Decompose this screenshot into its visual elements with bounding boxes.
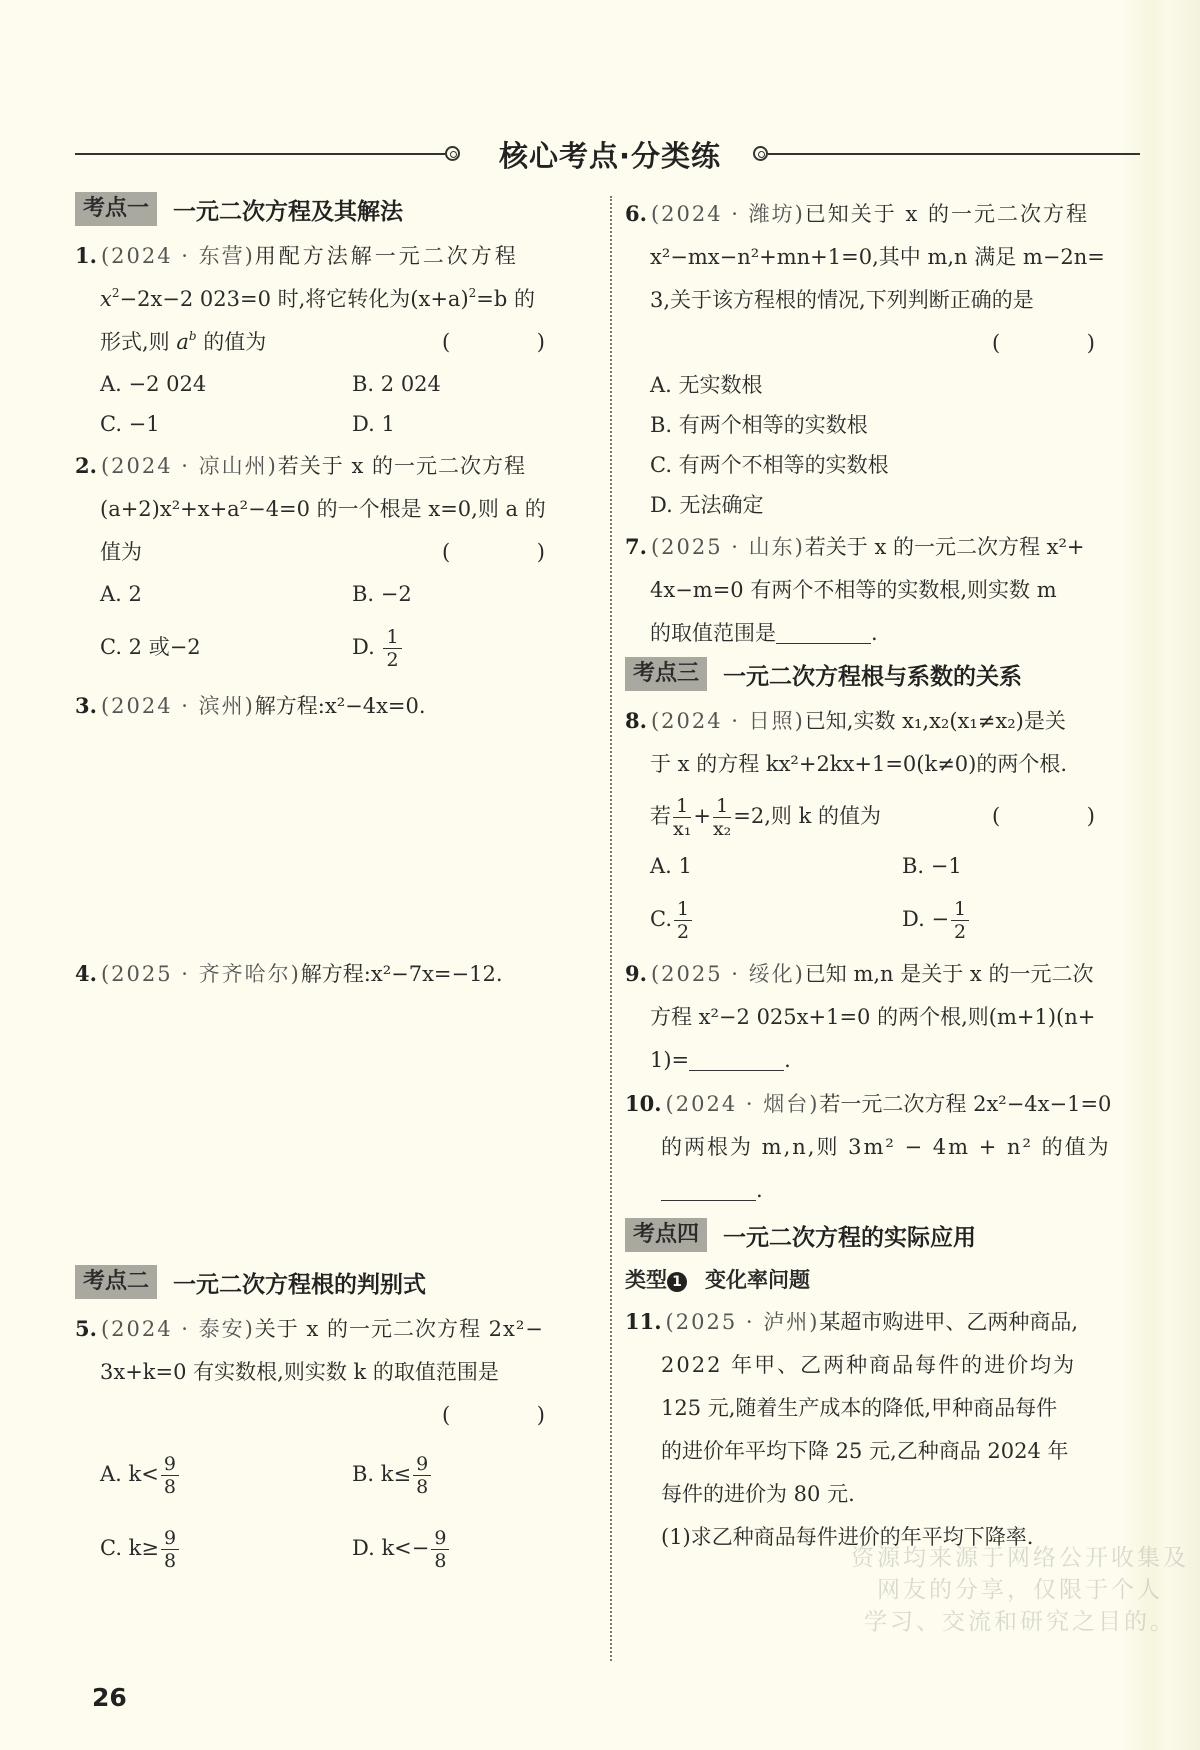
section-heading-3: 考点三 一元二次方程根与系数的关系 [625,655,1140,693]
question-source: (2025 · 齐齐哈尔) [101,962,301,986]
question-source: (2024 · 烟台) [666,1092,820,1116]
column-divider [610,196,612,1661]
question-number: 5. [75,1316,97,1341]
fraction: 12 [383,626,401,671]
question-10: 10.(2024 · 烟台)若一元二次方程 2x²−4x−1=0 的两根为 m,… [625,1082,1140,1212]
answer-space[interactable] [75,996,590,1263]
section-title: 一元二次方程根与系数的关系 [723,658,1022,691]
option-d[interactable]: D. 无法确定 [650,485,1140,525]
question-source: (2025 · 绥化) [651,962,805,986]
fraction: 98 [161,1453,179,1498]
question-1: 1.(2024 · 东营)用配方法解一元二次方程 x2−2x−2 023=0 时… [75,234,590,364]
fill-in-blank[interactable] [776,620,871,644]
option-b[interactable]: B. 2 024 [352,364,602,404]
section-header: 核心考点·分类练 [75,134,1140,174]
question-number: 4. [75,961,97,986]
option-c[interactable]: C.12 [650,886,902,952]
question-source: (2024 · 滨州) [101,694,255,718]
section-title: 一元二次方程的实际应用 [723,1219,976,1252]
header-rule-left [75,153,445,155]
option-d[interactable]: D. −12 [902,886,1152,952]
option-a[interactable]: A. 无实数根 [650,365,1140,405]
answer-bracket[interactable]: ( ) [442,531,585,574]
circled-number-icon: 1 [667,1272,687,1292]
section-badge: 考点四 [625,1218,707,1252]
options-q5: A. k<98 B. k≤98 C. k≥98 D. k<−98 [75,1441,590,1581]
question-source: (2025 · 泸州) [666,1310,820,1334]
question-source: (2024 · 凉山州) [101,454,278,478]
question-number: 9. [625,961,647,986]
section-title: 一元二次方程及其解法 [173,193,403,226]
option-a[interactable]: A. −2 024 [100,364,352,404]
question-number: 7. [625,534,647,559]
question-7: 7.(2025 · 山东)若关于 x 的一元二次方程 x²+ 4x−m=0 有两… [625,525,1140,655]
option-a[interactable]: A. 1 [650,846,902,886]
option-a[interactable]: A. 2 [100,574,352,614]
options-q6: A. 无实数根 B. 有两个相等的实数根 C. 有两个不相等的实数根 D. 无法… [625,365,1140,525]
section-badge: 考点二 [75,1265,157,1299]
options-q2: A. 2 B. −2 C. 2 或−2 D. 12 [75,574,590,680]
option-b[interactable]: B. −1 [902,846,1152,886]
section-badge: 考点三 [625,657,707,691]
fill-in-blank[interactable] [661,1177,756,1201]
question-number: 2. [75,453,97,478]
option-b[interactable]: B. 有两个相等的实数根 [650,405,1140,445]
answer-bracket[interactable]: ( ) [992,786,1135,846]
option-b[interactable]: B. k≤98 [352,1441,602,1507]
question-source: (2024 · 日照) [651,709,805,733]
answer-bracket[interactable]: ( ) [442,321,585,364]
answer-bracket[interactable]: ( ) [992,322,1135,365]
answer-space[interactable] [75,728,590,952]
fraction: 1x₁ [673,795,691,840]
option-a[interactable]: A. k<98 [100,1441,352,1507]
option-c[interactable]: C. k≥98 [100,1515,352,1581]
question-number: 6. [625,201,647,226]
options-q1: A. −2 024 B. 2 024 C. −1 D. 1 [75,364,590,444]
options-q8: A. 1 B. −1 C.12 D. −12 [625,846,1140,952]
page-title: 核心考点·分类练 [475,134,745,175]
question-6: 6.(2024 · 潍坊)已知关于 x 的一元二次方程 x²−mx−n²+mn+… [625,192,1140,365]
option-d[interactable]: D. 1 [352,404,602,444]
left-column: 考点一 一元二次方程及其解法 1.(2024 · 东营)用配方法解一元二次方程 … [75,190,590,1581]
fraction: 12 [951,898,969,943]
question-source: (2025 · 山东) [651,535,805,559]
question-5: 5.(2024 · 泰安)关于 x 的一元二次方程 2x²− 3x+k=0 有实… [75,1307,590,1437]
question-source: (2024 · 泰安) [101,1317,255,1341]
fill-in-blank[interactable] [689,1047,784,1071]
type-heading: 类型1变化率问题 [625,1260,1140,1300]
question-source: (2024 · 潍坊) [651,202,805,226]
question-source: (2024 · 东营) [101,244,255,268]
option-d[interactable]: D. 12 [352,614,602,680]
answer-bracket[interactable]: ( ) [442,1394,585,1437]
section-heading-2: 考点二 一元二次方程根的判别式 [75,1263,590,1301]
section-heading-4: 考点四 一元二次方程的实际应用 [625,1216,1140,1254]
question-8: 8.(2024 · 日照)已知,实数 x₁,x₂(x₁≠x₂)是关 于 x 的方… [625,699,1140,846]
option-c[interactable]: C. 2 或−2 [100,614,352,680]
header-rule-right [768,153,1140,155]
question-9: 9.(2025 · 绥化)已知 m,n 是关于 x 的一元二次 方程 x²−2 … [625,952,1140,1082]
fraction: 1x₂ [713,795,731,840]
right-column: 6.(2024 · 潍坊)已知关于 x 的一元二次方程 x²−mx−n²+mn+… [625,192,1140,1559]
textbook-page: 核心考点·分类练 考点一 一元二次方程及其解法 1.(2024 · 东营)用配方… [0,0,1200,1750]
section-badge: 考点一 [75,192,157,226]
question-number: 3. [75,693,97,718]
option-c[interactable]: C. 有两个不相等的实数根 [650,445,1140,485]
question-number: 10. [625,1091,662,1116]
page-number: 26 [92,1683,127,1712]
ring-ornament-icon [445,146,460,161]
question-2: 2.(2024 · 凉山州)若关于 x 的一元二次方程 (a+2)x²+x+a²… [75,444,590,574]
question-number: 11. [625,1309,662,1334]
section-title: 一元二次方程根的判别式 [173,1266,426,1299]
option-c[interactable]: C. −1 [100,404,352,444]
option-d[interactable]: D. k<−98 [352,1515,602,1581]
option-b[interactable]: B. −2 [352,574,602,614]
fraction: 12 [674,898,692,943]
question-number: 8. [625,708,647,733]
question-3: 3.(2024 · 滨州)解方程:x²−4x=0. [75,684,590,728]
fraction: 98 [431,1527,449,1572]
fraction: 98 [413,1453,431,1498]
section-heading-1: 考点一 一元二次方程及其解法 [75,190,590,228]
fraction: 98 [161,1527,179,1572]
question-number: 1. [75,243,97,268]
question-11: 11.(2025 · 泸州)某超市购进甲、乙两种商品, 2022 年甲、乙两种商… [625,1300,1140,1559]
question-4: 4.(2025 · 齐齐哈尔)解方程:x²−7x=−12. [75,952,590,996]
ring-ornament-icon [753,146,768,161]
watermark-text: 资源均来源于网络公开收集及 网友的分享，仅限于个人 学习、交流和研究之目的。 [825,1542,1200,1638]
